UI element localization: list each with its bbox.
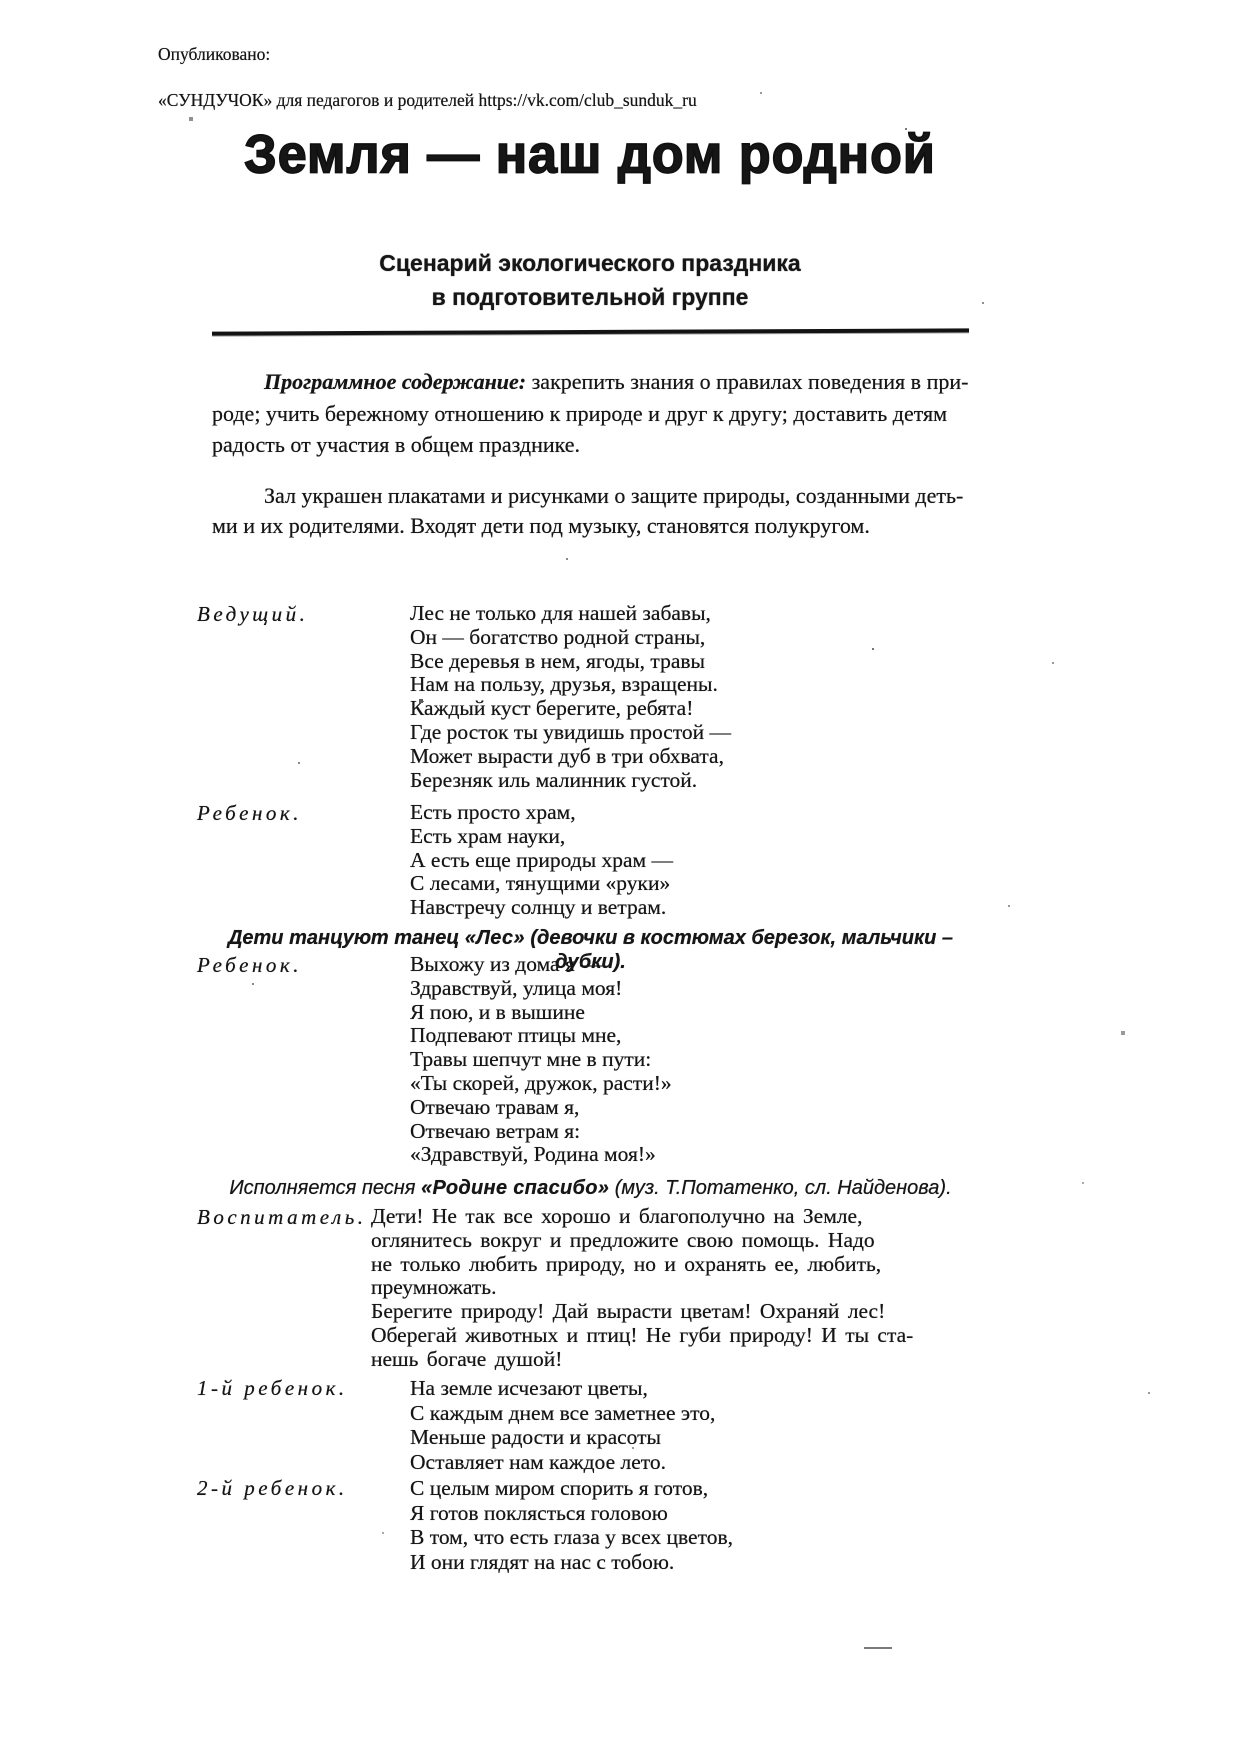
speaker-label: Ребенок. <box>197 953 302 977</box>
direction-emphasis: «Лес» <box>465 927 525 949</box>
speech-lines: Лес не только для нашей забавы, Он — бог… <box>410 602 970 792</box>
page-end-mark <box>864 1647 892 1649</box>
direction-emphasis: «Родине спасибо» <box>421 1177 609 1199</box>
page-subtitle: Сценарий экологического праздника в подг… <box>212 246 968 314</box>
page-title: Земля — наш дом родной <box>212 125 968 185</box>
publication-note: Опубликовано: «СУНДУЧОК» для педагогов и… <box>158 20 697 112</box>
speech-lines: На земле исчезают цветы, С каждым днем в… <box>410 1376 970 1474</box>
horizontal-divider <box>212 328 969 335</box>
speaker-label: Воспитатель. <box>197 1205 367 1229</box>
direction-prefix: Дети танцуют танец <box>228 927 465 949</box>
scanned-document-page: Опубликовано: «СУНДУЧОК» для педагогов и… <box>0 0 1240 1754</box>
program-content-lead: Программное содержание: <box>264 369 526 394</box>
scan-noise-specks <box>0 0 2 2</box>
speaker-label: 2-й ребенок. <box>197 1476 348 1500</box>
publication-source: «СУНДУЧОК» для педагогов и родителей htt… <box>158 90 697 110</box>
setting-paragraph: Зал украшен плакатами и рисунками о защи… <box>212 481 969 541</box>
speech-paragraph: Дети! Не так все хорошо и благополучно н… <box>371 1204 881 1299</box>
speech-lines: Есть просто храм, Есть храм науки, А ест… <box>410 801 970 920</box>
speech-lines: Выхожу из дома я — Здравствуй, улица моя… <box>410 953 970 1167</box>
speech-paragraph: Берегите природу! Дай вырасти цветам! Ох… <box>371 1299 913 1371</box>
speaker-label: Ребенок. <box>197 801 302 825</box>
speech-lines: С целым миром спорить я готов, Я готов п… <box>410 1476 970 1574</box>
direction-suffix: (муз. Т.Потатенко, сл. Найденова). <box>609 1177 951 1199</box>
speaker-label: 1-й ребенок. <box>197 1376 348 1400</box>
publication-label: Опубликовано: <box>158 44 270 64</box>
speech-paragraphs: Дети! Не так все хорошо и благополучно н… <box>371 1205 967 1372</box>
direction-prefix: Исполняется песня <box>229 1177 421 1199</box>
program-content-paragraph: Программное содержание: закрепить знания… <box>212 366 969 461</box>
stage-direction-song: Исполняется песня «Родине спасибо» (муз.… <box>212 1176 969 1200</box>
speaker-label: Ведущий. <box>197 602 308 626</box>
